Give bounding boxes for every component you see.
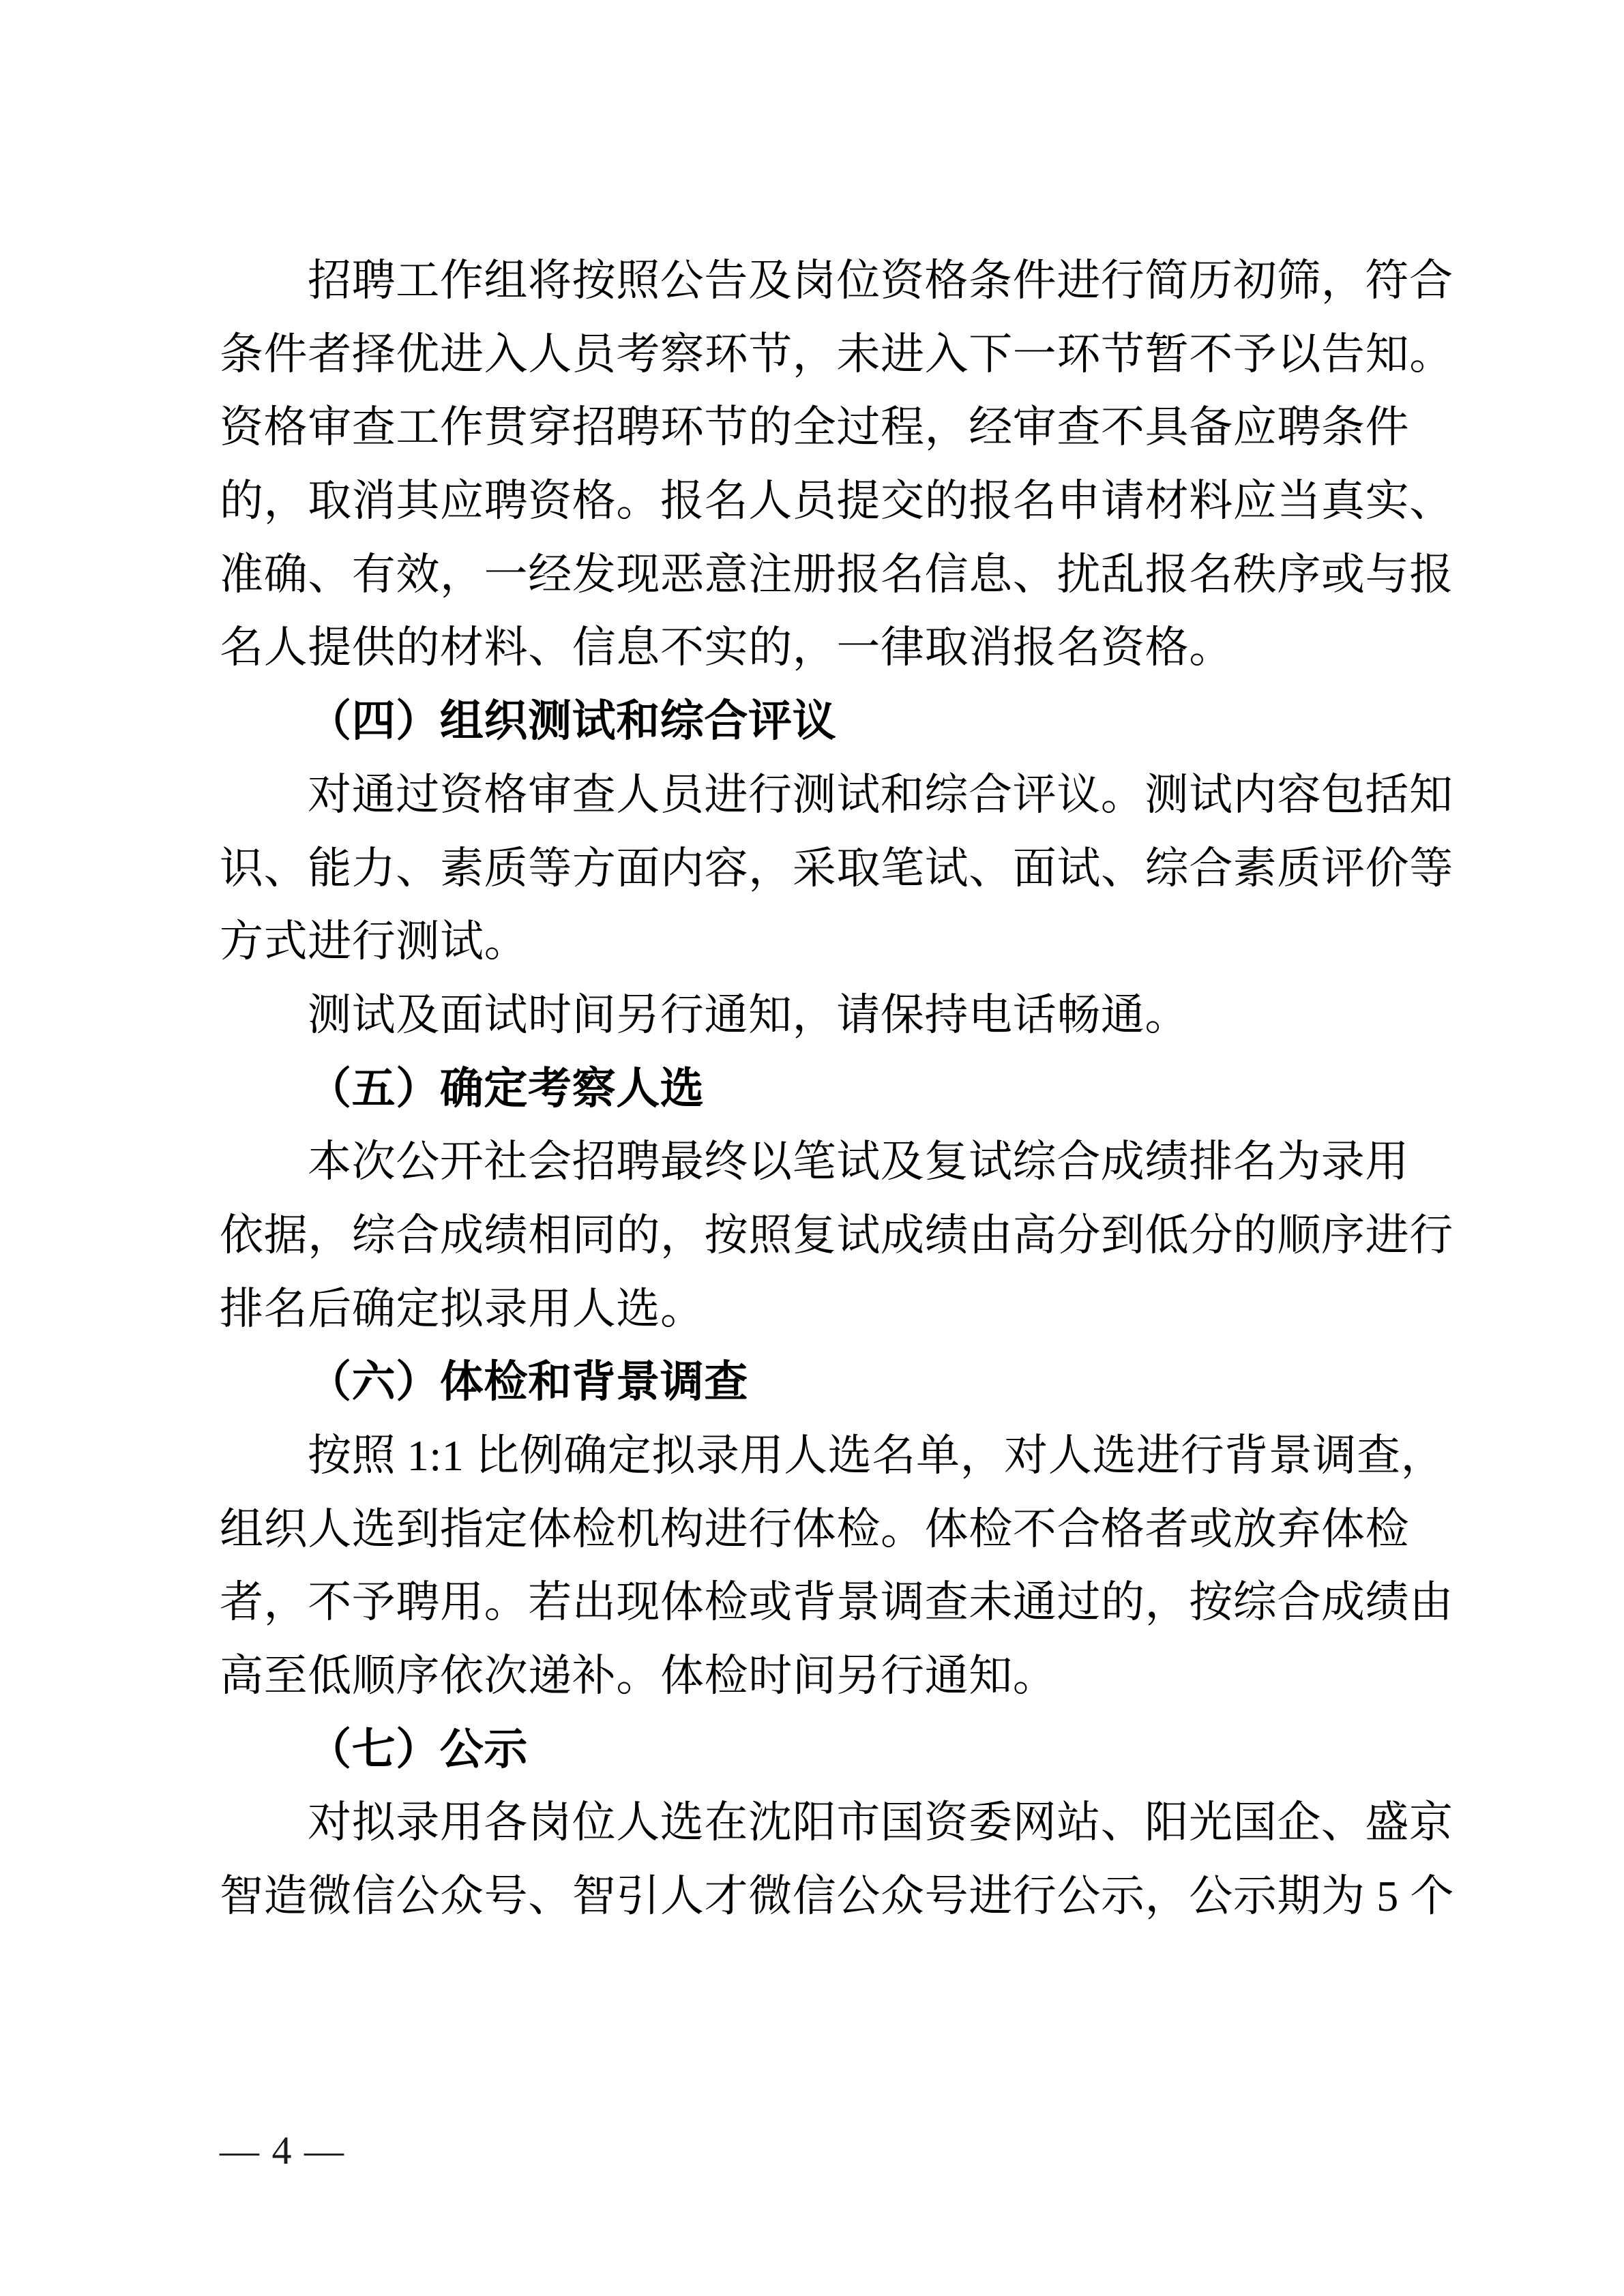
document-page: 招聘工作组将按照公告及岗位资格条件进行简历初筛，符合 条件者择优进入人员考察环节… (0, 0, 1624, 2296)
body-line: 名人提供的材料、信息不实的，一律取消报名资格。 (220, 611, 1456, 685)
body-line: 高至低顺序依次递补。体检时间另行通知。 (220, 1639, 1456, 1713)
body-line: 者，不予聘用。若出现体检或背景调查未通过的，按综合成绩由 (220, 1566, 1456, 1639)
body-line: 对拟录用各岗位人选在沈阳市国资委网站、阳光国企、盛京 (220, 1786, 1456, 1860)
body-line: 招聘工作组将按照公告及岗位资格条件进行简历初筛，符合 (220, 244, 1456, 318)
body-line: 排名后确定拟录用人选。 (220, 1272, 1456, 1346)
heading-section-5: （五）确定考察人选 (220, 1052, 1456, 1126)
body-line: 本次公开社会招聘最终以笔试及复试综合成绩排名为录用 (220, 1125, 1456, 1199)
document-body: 招聘工作组将按照公告及岗位资格条件进行简历初筛，符合 条件者择优进入人员考察环节… (220, 244, 1456, 1933)
heading-section-6: （六）体检和背景调查 (220, 1345, 1456, 1419)
body-line: 方式进行测试。 (220, 905, 1456, 979)
body-line: 条件者择优进入人员考察环节，未进入下一环节暂不予以告知。 (220, 318, 1456, 391)
body-line: 智造微信公众号、智引人才微信公众号进行公示，公示期为 5 个 (220, 1860, 1456, 1933)
body-line: 组织人选到指定体检机构进行体检。体检不合格者或放弃体检 (220, 1493, 1456, 1566)
body-line: 准确、有效，一经发现恶意注册报名信息、扰乱报名秩序或与报 (220, 538, 1456, 612)
heading-section-4: （四）组织测试和综合评议 (220, 685, 1456, 758)
body-line: 测试及面试时间另行通知，请保持电话畅通。 (220, 979, 1456, 1052)
body-line: 的，取消其应聘资格。报名人员提交的报名申请材料应当真实、 (220, 464, 1456, 538)
body-line: 依据，综合成绩相同的，按照复试成绩由高分到低分的顺序进行 (220, 1199, 1456, 1272)
body-line: 资格审查工作贯穿招聘环节的全过程，经审查不具备应聘条件 (220, 391, 1456, 464)
body-line: 按照 1:1 比例确定拟录用人选名单，对人选进行背景调查， (220, 1419, 1456, 1493)
body-line: 识、能力、素质等方面内容，采取笔试、面试、综合素质评价等 (220, 832, 1456, 906)
body-line: 对通过资格审查人员进行测试和综合评议。测试内容包括知 (220, 758, 1456, 832)
heading-section-7: （七）公示 (220, 1713, 1456, 1787)
page-number: — 4 — (220, 2129, 345, 2173)
